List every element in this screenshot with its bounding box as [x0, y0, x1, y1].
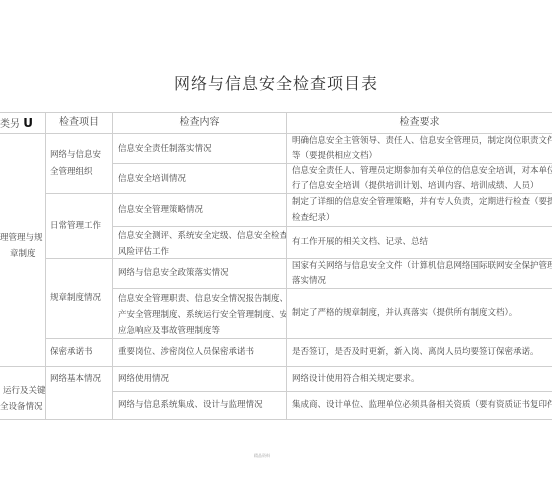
content-text: 信息安全责任制落实情况 [118, 141, 286, 157]
header-category: 类另 U [0, 114, 44, 134]
requirement-text: 制定了详细的信息安全管理策略，并有专人负责，定期进行检查（要提供 [292, 194, 552, 210]
header-requirement: 检查要求 [287, 114, 552, 132]
row-divider [112, 391, 552, 392]
content-cell: 网络与信息安全政策落实情况 [118, 265, 286, 281]
requirement-text: 集成商、设计单位、监理单位必须具备相关资质（要有资质证书复印件） [292, 397, 552, 413]
content-cell: 信息安全管理职责、信息安全情况报告制度、资 产安全管理制度、系统运行安全管理制度… [118, 291, 286, 339]
content-cell: 重要岗位、涉密岗位人员保密承诺书 [118, 344, 286, 360]
content-cell: 信息安全测评、系统安全定级、信息安全检查和 风险评估工作 [118, 228, 286, 260]
item-cell: 规章制度情况 [50, 290, 112, 306]
requirement-text: 网络设计使用符合相关规定要求。 [292, 371, 552, 387]
item-label: 保密承诺书 [50, 344, 112, 360]
requirement-cell: 制定了详细的信息安全管理策略，并有专人负责，定期进行检查（要提供 检查纪录） [292, 194, 552, 226]
header-category-text: 类另 [0, 119, 20, 130]
content-text: 网络使用情况 [118, 371, 286, 387]
page-footer: 精品资料 [254, 453, 270, 459]
document-title: 网络与信息安全检查项目表 [0, 71, 552, 94]
requirement-cell: 国家有关网络与信息安全文件（计算机信息网络国际联网安全保护管理办法等 落实情况 [292, 259, 552, 289]
item-label: 全管理组织 [50, 164, 112, 181]
content-text: 风险评估工作 [118, 244, 286, 260]
item-label: 网络基本情况 [50, 371, 112, 387]
requirement-text: 明确信息安全主管领导、责任人、信息安全管理员，制定岗位职责文件和操作 [292, 134, 552, 149]
requirement-cell: 是否签订，是否及时更新，新入岗、离岗人员均要签订保密承诺。 [292, 344, 552, 360]
category-cell: 运行及关键 全设备情况 [0, 383, 45, 415]
content-text: 信息安全培训情况 [118, 171, 286, 187]
item-cell: 保密承诺书 [50, 344, 112, 360]
requirement-cell: 信息安全责任人、管理员定期参加有关单位的信息安全培训，对本单位全体人 行了信息安… [292, 164, 552, 194]
content-cell: 信息安全责任制落实情况 [118, 141, 286, 157]
category-label: 全设备情况 [0, 399, 45, 415]
category-label: 运行及关键 [0, 383, 45, 399]
content-text: 信息安全测评、系统安全定级、信息安全检查和 [118, 228, 286, 244]
requirement-cell: 网络设计使用符合相关规定要求。 [292, 371, 552, 387]
content-text: 网络与信息系统集成、设计与监理情况 [118, 397, 286, 413]
content-cell: 信息安全培训情况 [118, 171, 286, 187]
content-cell: 信息安全管理策略情况 [118, 202, 286, 218]
requirement-cell: 制定了严格的规章制度，并认真落实（提供所有制度文档）。 [292, 305, 552, 321]
requirement-text: 制定了严格的规章制度，并认真落实（提供所有制度文档）。 [292, 305, 552, 321]
requirement-text: 行了信息安全培训（提供培训计划、培训内容、培训成绩、人员） [292, 179, 552, 194]
requirement-text: 有工作开展的相关文档、记录、总结 [292, 234, 552, 250]
item-cell: 日常管理工作 [50, 218, 112, 234]
content-text: 重要岗位、涉密岗位人员保密承诺书 [118, 344, 286, 360]
header-category-suffix: U [23, 116, 33, 130]
requirement-text: 国家有关网络与信息安全文件（计算机信息网络国际联网安全保护管理办法等 [292, 259, 552, 274]
category-divider [0, 366, 552, 367]
requirement-cell: 明确信息安全主管领导、责任人、信息安全管理员，制定岗位职责文件和操作 等（要提供… [292, 134, 552, 164]
item-label: 规章制度情况 [50, 290, 112, 306]
content-text: 信息安全管理职责、信息安全情况报告制度、资 [118, 291, 286, 307]
col-divider [286, 112, 287, 419]
item-cell: 网络与信息安 全管理组织 [50, 147, 112, 181]
content-text: 网络与信息安全政策落实情况 [118, 265, 286, 281]
requirement-text: 检查纪录） [292, 210, 552, 226]
requirement-text: 落实情况 [292, 274, 552, 289]
item-label: 日常管理工作 [50, 218, 112, 234]
content-cell: 网络使用情况 [118, 371, 286, 387]
item-label: 网络与信息安 [50, 147, 112, 164]
requirement-text: 是否签订，是否及时更新，新入岗、离岗人员均要签订保密承诺。 [292, 344, 552, 360]
category-label: 理管理与规 [0, 230, 45, 246]
col-divider [112, 112, 113, 419]
item-cell: 网络基本情况 [50, 371, 112, 387]
requirement-text: 等（要提供相应文档） [292, 149, 552, 164]
header-content: 检查内容 [113, 114, 286, 132]
requirement-text: 信息安全责任人、管理员定期参加有关单位的信息安全培训，对本单位全体人 [292, 164, 552, 179]
requirement-cell: 有工作开展的相关文档、记录、总结 [292, 234, 552, 250]
col-divider [45, 112, 46, 419]
content-text: 应急响应及事故管理制度等 [118, 323, 286, 339]
content-cell: 网络与信息系统集成、设计与监理情况 [118, 397, 286, 413]
row-divider [112, 226, 552, 227]
table-bottom-border [0, 419, 552, 420]
content-text: 产安全管理制度、系统运行安全管理制度、安全 [118, 307, 286, 323]
requirement-cell: 集成商、设计单位、监理单位必须具备相关资质（要有资质证书复印件） [292, 397, 552, 413]
table-top-border [0, 112, 552, 113]
category-label: 章制度 [0, 246, 45, 262]
content-text: 信息安全管理策略情况 [118, 202, 286, 218]
category-cell: 理管理与规 章制度 [0, 230, 45, 262]
header-item: 检查项目 [46, 114, 112, 132]
